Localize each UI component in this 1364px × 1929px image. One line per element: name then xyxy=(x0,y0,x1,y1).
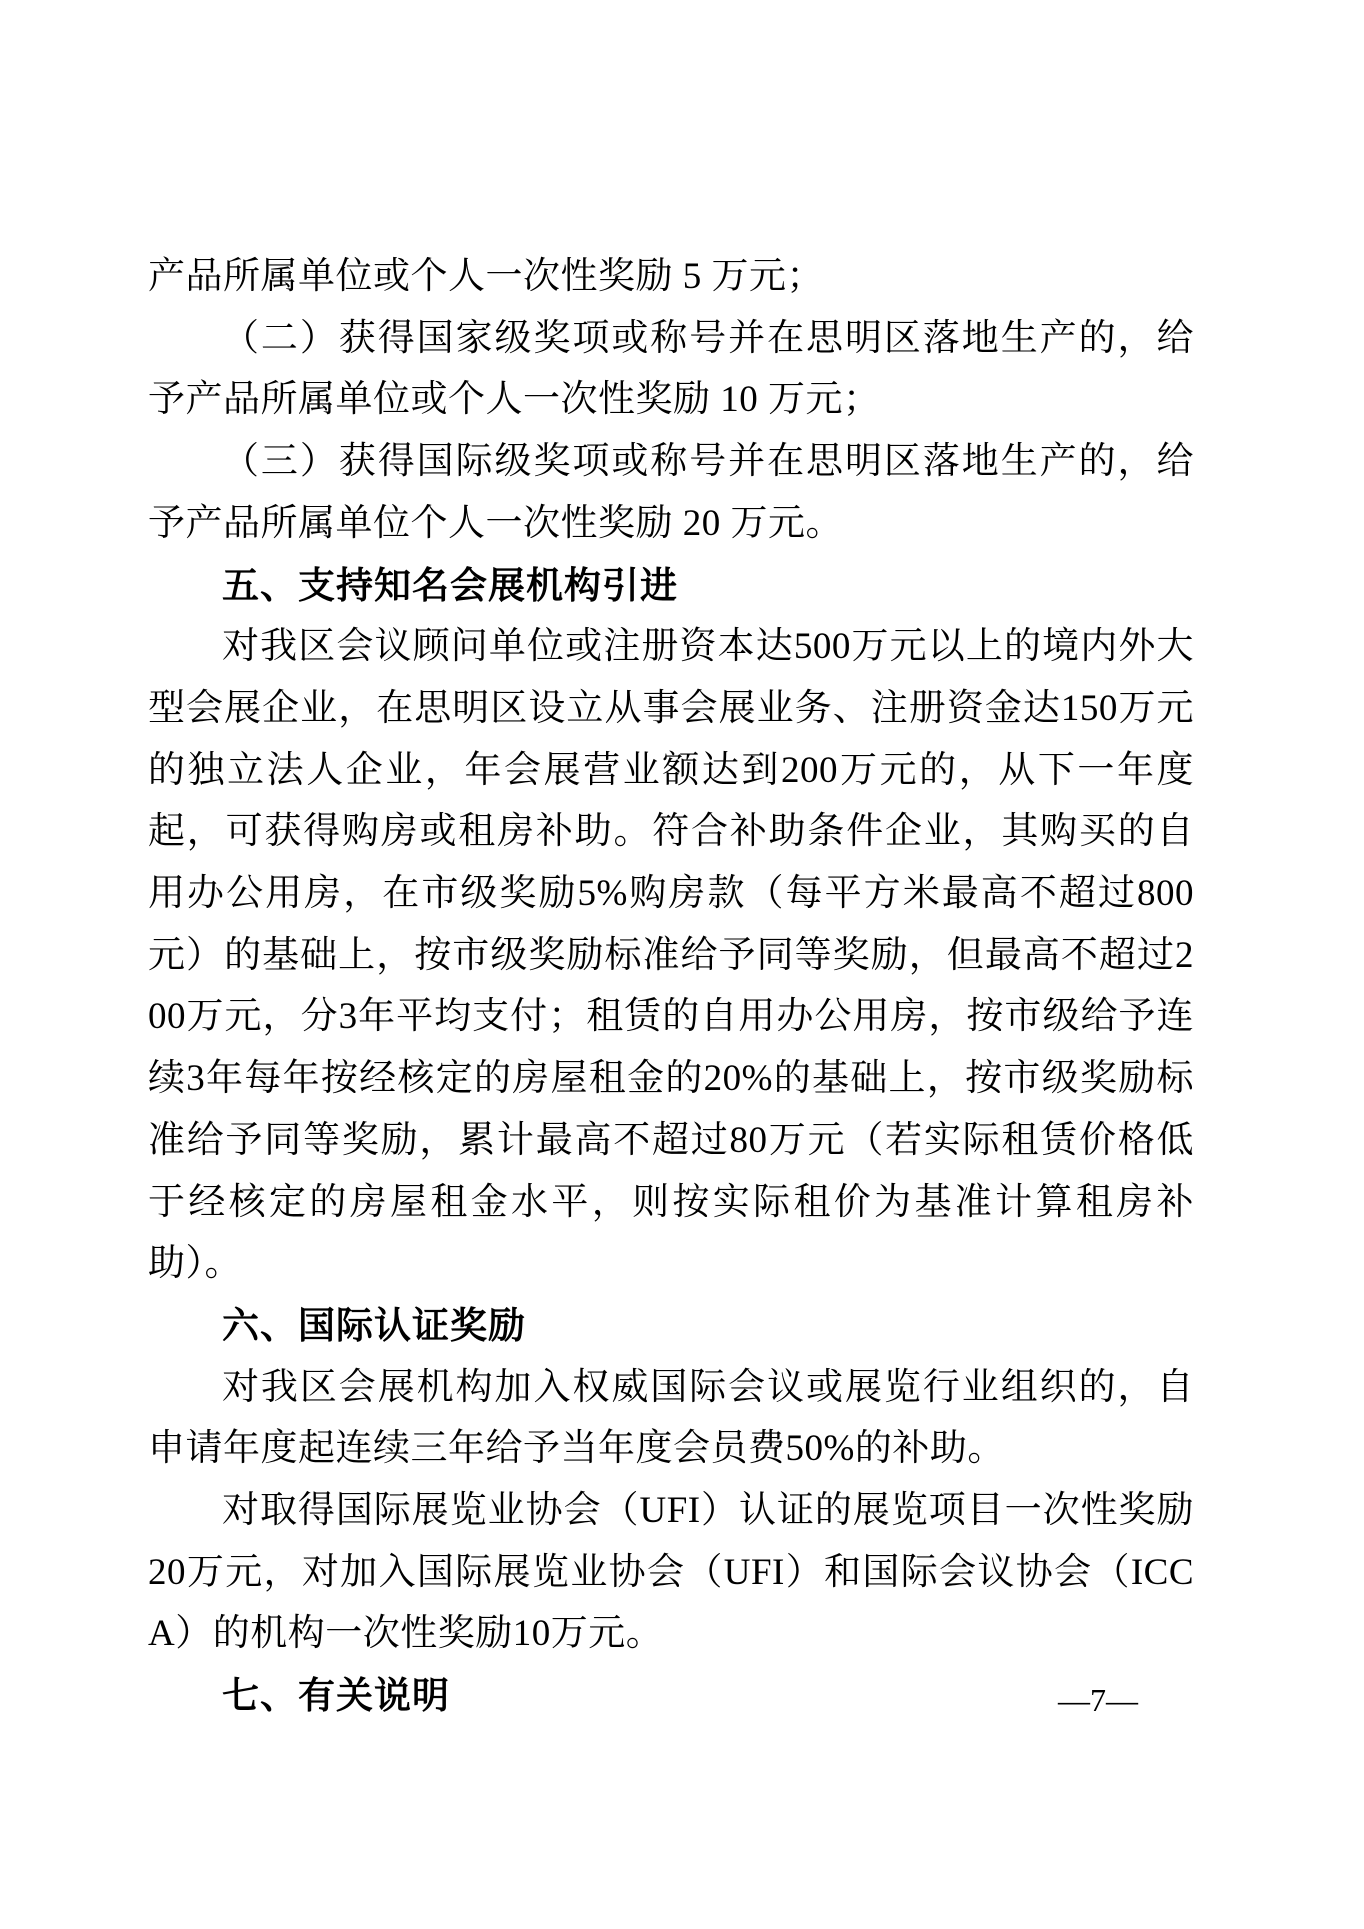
paragraph-membership-fee-subsidy: 对我区会展机构加入权威国际会议或展览行业组织的，自申请年度起连续三年给予当年度会… xyxy=(148,1357,1194,1480)
section-heading-five-support-exhibition-institutions: 五、支持知名会展机构引进 xyxy=(148,555,1194,617)
paragraph-item-two-national-award: （二）获得国家级奖项或称号并在思明区落地生产的，给予产品所属单位或个人一次性奖励… xyxy=(148,308,1194,431)
paragraph-housing-rent-subsidy: 对我区会议顾问单位或注册资本达500万元以上的境内外大型会展企业，在思明区设立从… xyxy=(148,616,1194,1295)
page-number: —7— xyxy=(1058,1680,1138,1720)
section-heading-six-international-certification: 六、国际认证奖励 xyxy=(148,1295,1194,1357)
paragraph-item-three-international-award: （三）获得国际级奖项或称号并在思明区落地生产的，给予产品所属单位个人一次性奖励 … xyxy=(148,431,1194,554)
paragraph-award-5w: 产品所属单位或个人一次性奖励 5 万元； xyxy=(148,246,1194,308)
document-page: 产品所属单位或个人一次性奖励 5 万元； （二）获得国家级奖项或称号并在思明区落… xyxy=(0,0,1364,1929)
paragraph-ufi-icca-award: 对取得国际展览业协会（UFI）认证的展览项目一次性奖励20万元，对加入国际展览业… xyxy=(148,1480,1194,1665)
section-heading-seven-notes: 七、有关说明 xyxy=(148,1665,1194,1727)
document-content: 产品所属单位或个人一次性奖励 5 万元； （二）获得国家级奖项或称号并在思明区落… xyxy=(148,246,1194,1727)
